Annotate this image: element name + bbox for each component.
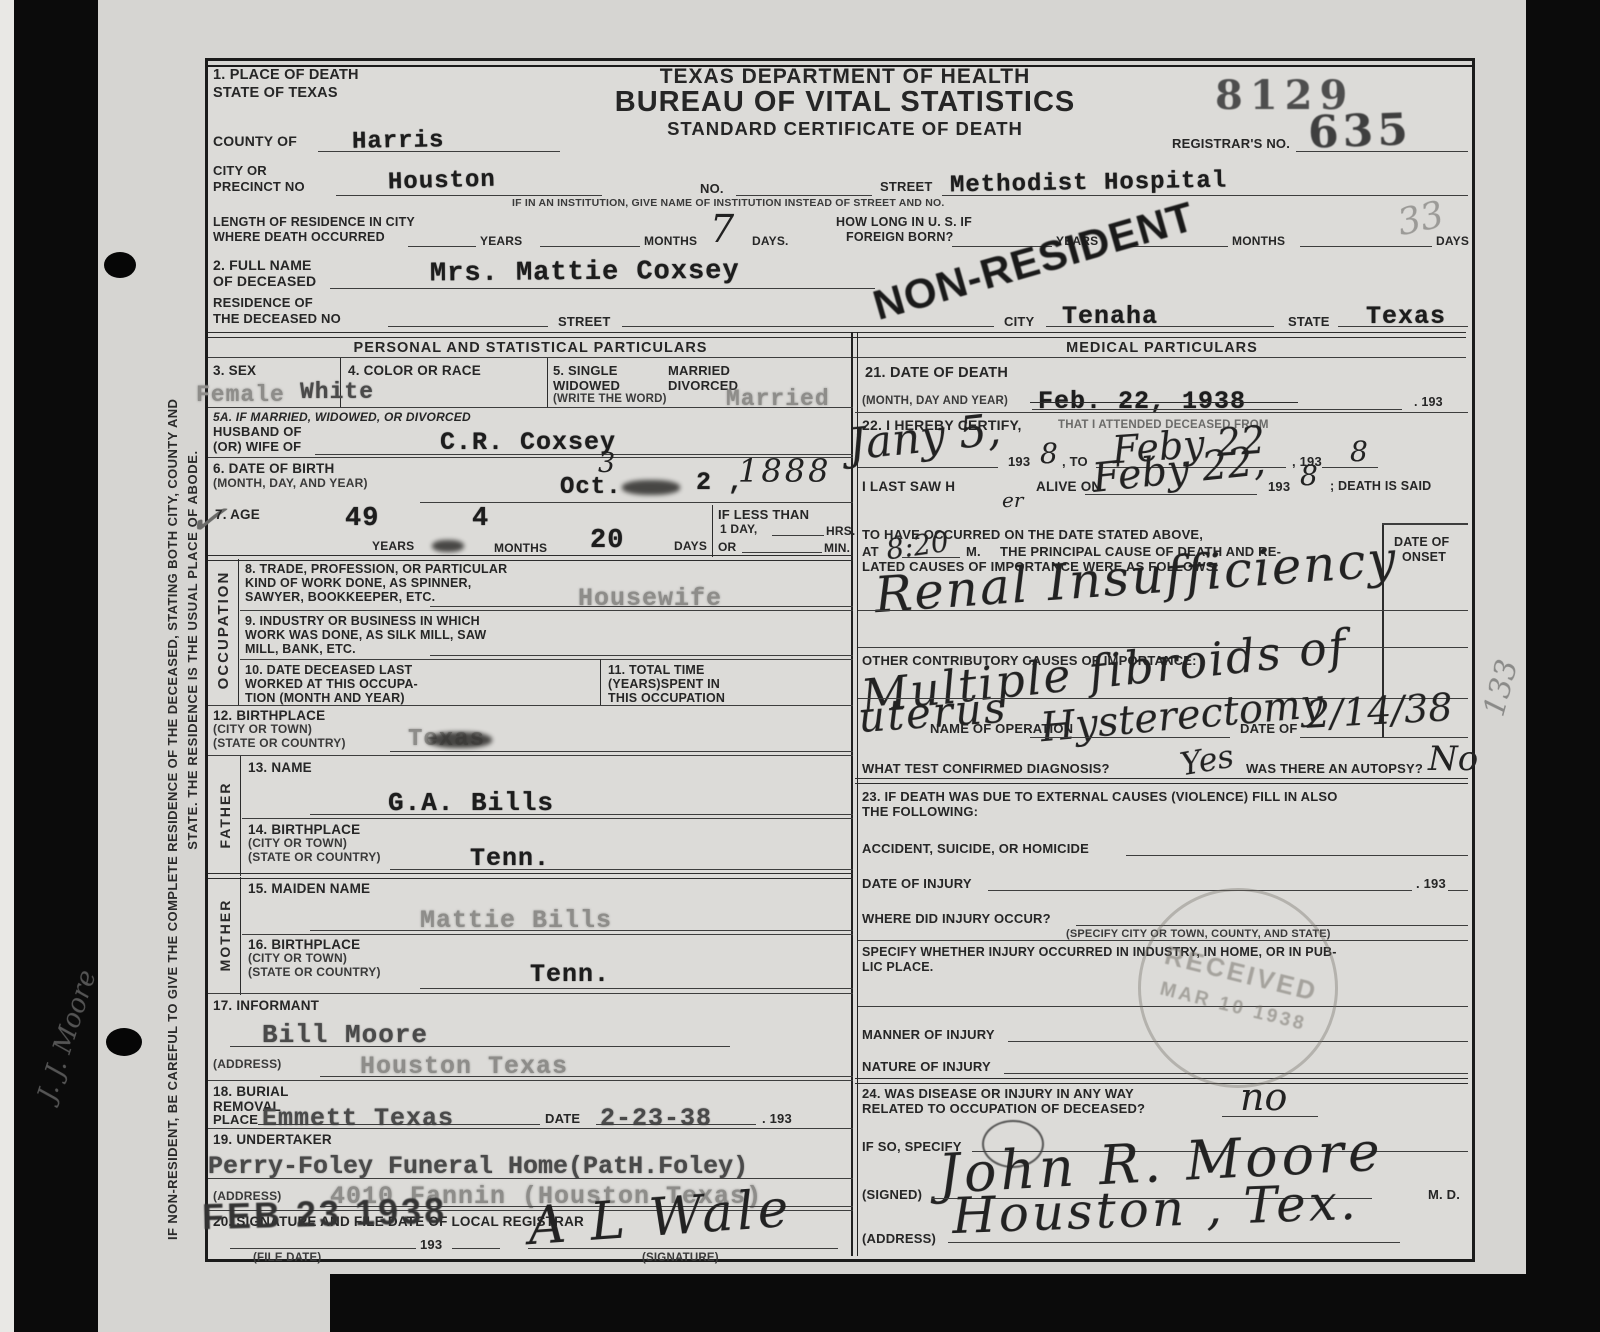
form-line [208,1080,853,1081]
certify-to-label: , TO [1062,455,1088,468]
alive-year-label: 193 [1268,480,1290,493]
form-line [310,814,853,815]
scanned-death-certificate: IF NON-RESIDENT, BE CAREFUL TO GIVE THE … [0,0,1600,1332]
punch-hole [104,252,136,278]
father-birthplace-value: Tenn. [470,846,550,871]
paper-corner [98,1274,330,1332]
birth-day-overwrite: 3 [598,450,615,477]
signature-caption: (SIGNATURE) [642,1253,719,1265]
ink-blot [622,480,680,495]
form-line [858,467,998,468]
occurred-at-label: AT [862,545,879,558]
street-label: STREET [880,180,932,193]
form-line [988,890,1412,891]
one-day-label: 1 DAY, [720,523,757,535]
father-group-label: FATHER [218,760,232,870]
form-line [1085,494,1257,495]
occurred-m-label: M. [966,545,981,558]
form-line [902,557,960,558]
form-line [208,407,853,408]
marital-label-married: MARRIED [668,364,730,377]
form-line [208,357,1466,358]
form-line [258,1124,540,1125]
form-line [452,1248,500,1249]
residence-of-label1: RESIDENCE OF [213,296,313,309]
county-value: Harris [352,129,445,155]
race-value: White [300,381,374,404]
form-line [208,755,853,756]
accident-label: ACCIDENT, SUICIDE, OR HOMICIDE [862,842,1089,855]
form-line [208,705,853,706]
punch-hole [106,1028,142,1056]
residence-days-value: 7 [710,210,734,248]
trade-label3: SAWYER, BOOKKEEPER, ETC. [245,591,435,604]
sex-label: 3. SEX [213,364,256,378]
form-line [230,1046,730,1047]
residence-state-value: Texas [1366,304,1446,329]
full-name-label2: OF DECEASED [213,274,316,288]
form-line [1300,737,1468,738]
date-of-onset-label1: DATE OF [1394,536,1449,549]
last-worked-label1: 10. DATE DECEASED LAST [245,664,412,677]
days-label: DAYS. [752,235,789,247]
header-bureau: BUREAU OF VITAL STATISTICS [585,88,1105,117]
form-line [1032,409,1402,410]
form-line [240,610,853,611]
months-label: MONTHS [644,235,697,247]
age-months-value: 4 [472,506,489,533]
residence-of-label2: THE DECEASED NO [213,312,341,325]
min-label: MIN. [824,542,850,554]
physician-address-value: Houston , Tex. [951,1177,1359,1241]
age-days-label: DAYS [674,540,707,552]
alive-year-hand: 8 [1300,462,1318,490]
trade-label2: KIND OF WORK DONE, AS SPINNER, [245,577,471,590]
form-line [772,535,824,536]
total-time-label3: THIS OCCUPATION [608,692,725,705]
date-of-birth-label: 6. DATE OF BIRTH [213,462,334,476]
mother-birthplace-value: Tenn. [530,962,610,987]
ink-blot [428,732,492,748]
age-months-label: MONTHS [494,542,547,554]
group-divider [238,559,239,705]
strike-line [1030,402,1298,403]
injury-year-label: . 193 [1416,877,1446,890]
form-line [430,606,853,607]
residence-city-label: CITY [1004,315,1034,328]
test-confirmed-label: WHAT TEST CONFIRMED DIAGNOSIS? [862,762,1110,775]
total-time-label1: 11. TOTAL TIME [608,664,705,677]
form-line [858,610,1468,611]
length-residence-label2: WHERE DEATH OCCURRED [213,231,385,244]
signed-label: (SIGNED) [862,1188,922,1201]
form-double-line [208,332,1466,338]
color-race-label: 4. COLOR OR RACE [348,364,481,378]
form-line [1448,890,1468,891]
certify-year2-hand: 8 [1350,438,1368,466]
form-line [430,655,853,656]
header-department: TEXAS DEPARTMENT OF HEALTH [585,66,1105,87]
form-line [1322,467,1378,468]
registrar-number-stamp: 635 [1307,104,1413,159]
form-double-line [208,555,853,561]
length-residence-label1: LENGTH OF RESIDENCE IN CITY [213,216,415,229]
write-the-word-label: (WRITE THE WORD) [553,394,667,406]
mother-group-label: MOTHER [218,880,232,990]
age-days-value: 20 [590,528,624,555]
burial-label3: PLACE [213,1113,258,1126]
form-line [242,818,853,819]
death-year-label: . 193 [1414,396,1443,409]
form-double-line [855,1078,1468,1084]
margin-instruction-inner: STATE. THE RESIDENCE IS THE USUAL PLACE … [186,60,199,1240]
birth-year-value: 1888 [738,455,831,487]
form-line [242,934,853,935]
informant-address-label: (ADDRESS) [213,1058,281,1070]
personal-particulars-header: PERSONAL AND STATISTICAL PARTICULARS [208,341,853,356]
date-of-birth-sub: (MONTH, DAY, AND YEAR) [213,477,368,489]
years-label: YEARS [480,235,522,247]
or-label: OR [718,541,736,553]
form-double-line [208,873,853,879]
physician-address-label: (ADDRESS) [862,1232,936,1245]
nature-of-injury-label: NATURE OF INJURY [862,1060,991,1073]
registrar-no-label: REGISTRAR'S NO. [1172,137,1290,150]
scan-edge-strip [0,0,14,1332]
hrs-label: HRS. [826,525,855,537]
county-of-label: COUNTY OF [213,134,297,148]
last-worked-label3: TION (MONTH AND YEAR) [245,692,405,705]
specify-injury-label2: LIC PLACE. [862,961,933,974]
undertaker-label: 19. UNDERTAKER [213,1133,332,1147]
form-line [1126,855,1468,856]
us-label1: HOW LONG IN U. S. IF [836,216,972,229]
age-years-value: 49 [345,506,379,533]
cell-divider [712,505,713,557]
marital-label-single: 5. SINGLE [553,364,618,377]
no-label: NO. [700,182,724,195]
ink-blot [432,540,464,552]
father-birthplace-label1: 14. BIRTHPLACE [248,823,360,837]
birth-month-value: Oct. [560,476,622,500]
form-line [1030,737,1230,738]
full-name-label1: 2. FULL NAME [213,258,312,272]
mother-birthplace-label3: (STATE OR COUNTRY) [248,966,381,978]
cell-divider [600,659,601,705]
total-time-label2: (YEARS)SPENT IN [608,678,720,691]
file-date-caption: (FILE DATE) [253,1253,321,1265]
mother-birthplace-label2: (CITY OR TOWN) [248,952,347,964]
father-name-value: G.A. Bills [388,790,554,816]
disease-occupation-label2: RELATED TO OCCUPATION OF DECEASED? [862,1102,1145,1115]
birthplace-label3: (STATE OR COUNTRY) [213,737,346,749]
group-divider [240,877,241,995]
city-or-label: CITY OR [213,164,267,177]
wife-of-label: (OR) WIFE OF [213,440,301,453]
state-of-texas-label: STATE OF TEXAS [213,86,338,101]
birth-day-value: 2 , [696,470,744,495]
if-less-than-label: IF LESS THAN [718,508,809,521]
last-worked-label2: WORKED AT THIS OCCUPA- [245,678,418,691]
industry-label1: 9. INDUSTRY OR BUSINESS IN WHICH [245,615,480,628]
us-days-label: DAYS [1436,235,1469,247]
last-saw-label2: ALIVE ON [1036,480,1101,494]
manner-of-injury-label: MANNER OF INJURY [862,1028,995,1041]
form-line [622,326,994,327]
form-line [1222,1116,1318,1117]
father-birthplace-label3: (STATE OR COUNTRY) [248,851,381,863]
form-line [596,1124,756,1125]
birthplace-label2: (CITY OR TOWN) [213,723,312,735]
cell-divider [547,358,548,408]
group-divider [240,756,241,876]
form-line [420,988,853,989]
last-saw-er-hand: er [1002,490,1023,510]
margin-instruction-outer: IF NON-RESIDENT, BE CAREFUL TO GIVE THE … [166,60,179,1240]
certify-year1: 193 [1008,455,1030,468]
sex-value: Female [196,384,285,407]
industry-label2: WORK WAS DONE, AS SILK MILL, SAW [245,629,486,642]
residence-city-value: Tenaha [1062,304,1158,329]
industry-label3: MILL, BANK, ETC. [245,643,356,656]
autopsy-value: No [1428,742,1478,776]
trade-value: Housewife [578,586,722,611]
operation-date-label: DATE OF [1240,722,1298,735]
mother-birthplace-label1: 16. BIRTHPLACE [248,938,360,952]
city-value: Houston [388,169,496,196]
age-label: 7. AGE [215,508,260,522]
form-line [320,1076,853,1077]
us-label2: FOREIGN BORN? [846,231,953,244]
form-line [742,552,822,553]
form-line [736,195,872,196]
form-line [420,502,853,503]
undertaker-value: Perry-Foley Funeral Home(PatH.Foley) [208,1154,748,1179]
certify-year1-hand: 8 [1040,440,1058,468]
form-line [240,659,853,660]
form-line [528,1248,838,1249]
file-year-label: 193 [420,1238,442,1251]
residence-street-label: STREET [558,315,610,328]
occupation-group-label: OCCUPATION [216,560,231,700]
us-months-label: MONTHS [1232,235,1285,247]
form-line [540,246,640,247]
form-line [208,993,853,994]
father-birthplace-label2: (CITY OR TOWN) [248,837,347,849]
informant-label: 17. INFORMANT [213,999,319,1013]
form-line [208,1178,853,1179]
burial-label1: 18. BURIAL [213,1085,289,1099]
md-label: M. D. [1428,1188,1460,1201]
trade-label1: 8. TRADE, PROFESSION, OR PARTICULAR [245,563,507,576]
file-date-stamp: FEB 23 1938 [202,1193,448,1235]
deceased-name-value: Mrs. Mattie Coxsey [430,259,740,289]
disease-occupation-label1: 24. WAS DISEASE OR INJURY IN ANY WAY [862,1087,1134,1100]
autopsy-label: WAS THERE AN AUTOPSY? [1246,762,1423,775]
form-line [408,246,476,247]
burial-year-label: . 193 [762,1112,792,1125]
external-causes-label1: 23. IF DEATH WAS DUE TO EXTERNAL CAUSES … [862,790,1338,803]
form-double-line [855,778,1468,784]
form-line [948,1242,1400,1243]
if-married-label: 5A. IF MARRIED, WIDOWED, OR DIVORCED [213,411,471,423]
margin-pencil-note: J. J. Moore [34,967,101,1104]
onset-box-border-top [1382,523,1468,525]
husband-value: C.R. Coxsey [440,430,616,455]
form-line [390,869,853,870]
operation-date-value: 2/14/38 [1305,688,1453,734]
precinct-no-label: PRECINCT NO [213,180,305,193]
place-of-death-label: 1. PLACE OF DEATH [213,68,359,83]
husband-of-label: HUSBAND OF [213,425,302,438]
form-line [388,326,548,327]
maiden-name-label: 15. MAIDEN NAME [248,882,370,896]
age-years-label: YEARS [372,540,414,552]
last-saw-label1: I LAST SAW H [862,480,955,494]
marital-label-widowed: WIDOWED [553,379,620,392]
date-of-injury-label: DATE OF INJURY [862,877,972,890]
external-causes-label2: THE FOLLOWING: [862,805,978,818]
header-certificate: STANDARD CERTIFICATE OF DEATH [585,120,1105,139]
form-line [310,930,853,931]
form-line [230,1248,416,1249]
residence-state-label: STATE [1288,315,1330,328]
form-line [1300,246,1432,247]
birthplace-label1: 12. BIRTHPLACE [213,709,325,723]
form-line [390,751,853,752]
medical-particulars-header: MEDICAL PARTICULARS [856,341,1468,356]
burial-date-label: DATE [545,1112,580,1125]
form-line [208,1128,853,1129]
where-injury-label: WHERE DID INJURY OCCUR? [862,912,1051,925]
date-of-death-label: 21. DATE OF DEATH [865,366,1008,381]
father-name-label: 13. NAME [248,761,312,775]
form-line [336,195,602,196]
form-line [330,288,875,289]
date-of-onset-label2: ONSET [1402,551,1446,564]
death-is-said-label: ; DEATH IS SAID [1330,480,1431,493]
informant-value: Bill Moore [262,1022,428,1048]
test-confirmed-value: Yes [1178,740,1236,781]
